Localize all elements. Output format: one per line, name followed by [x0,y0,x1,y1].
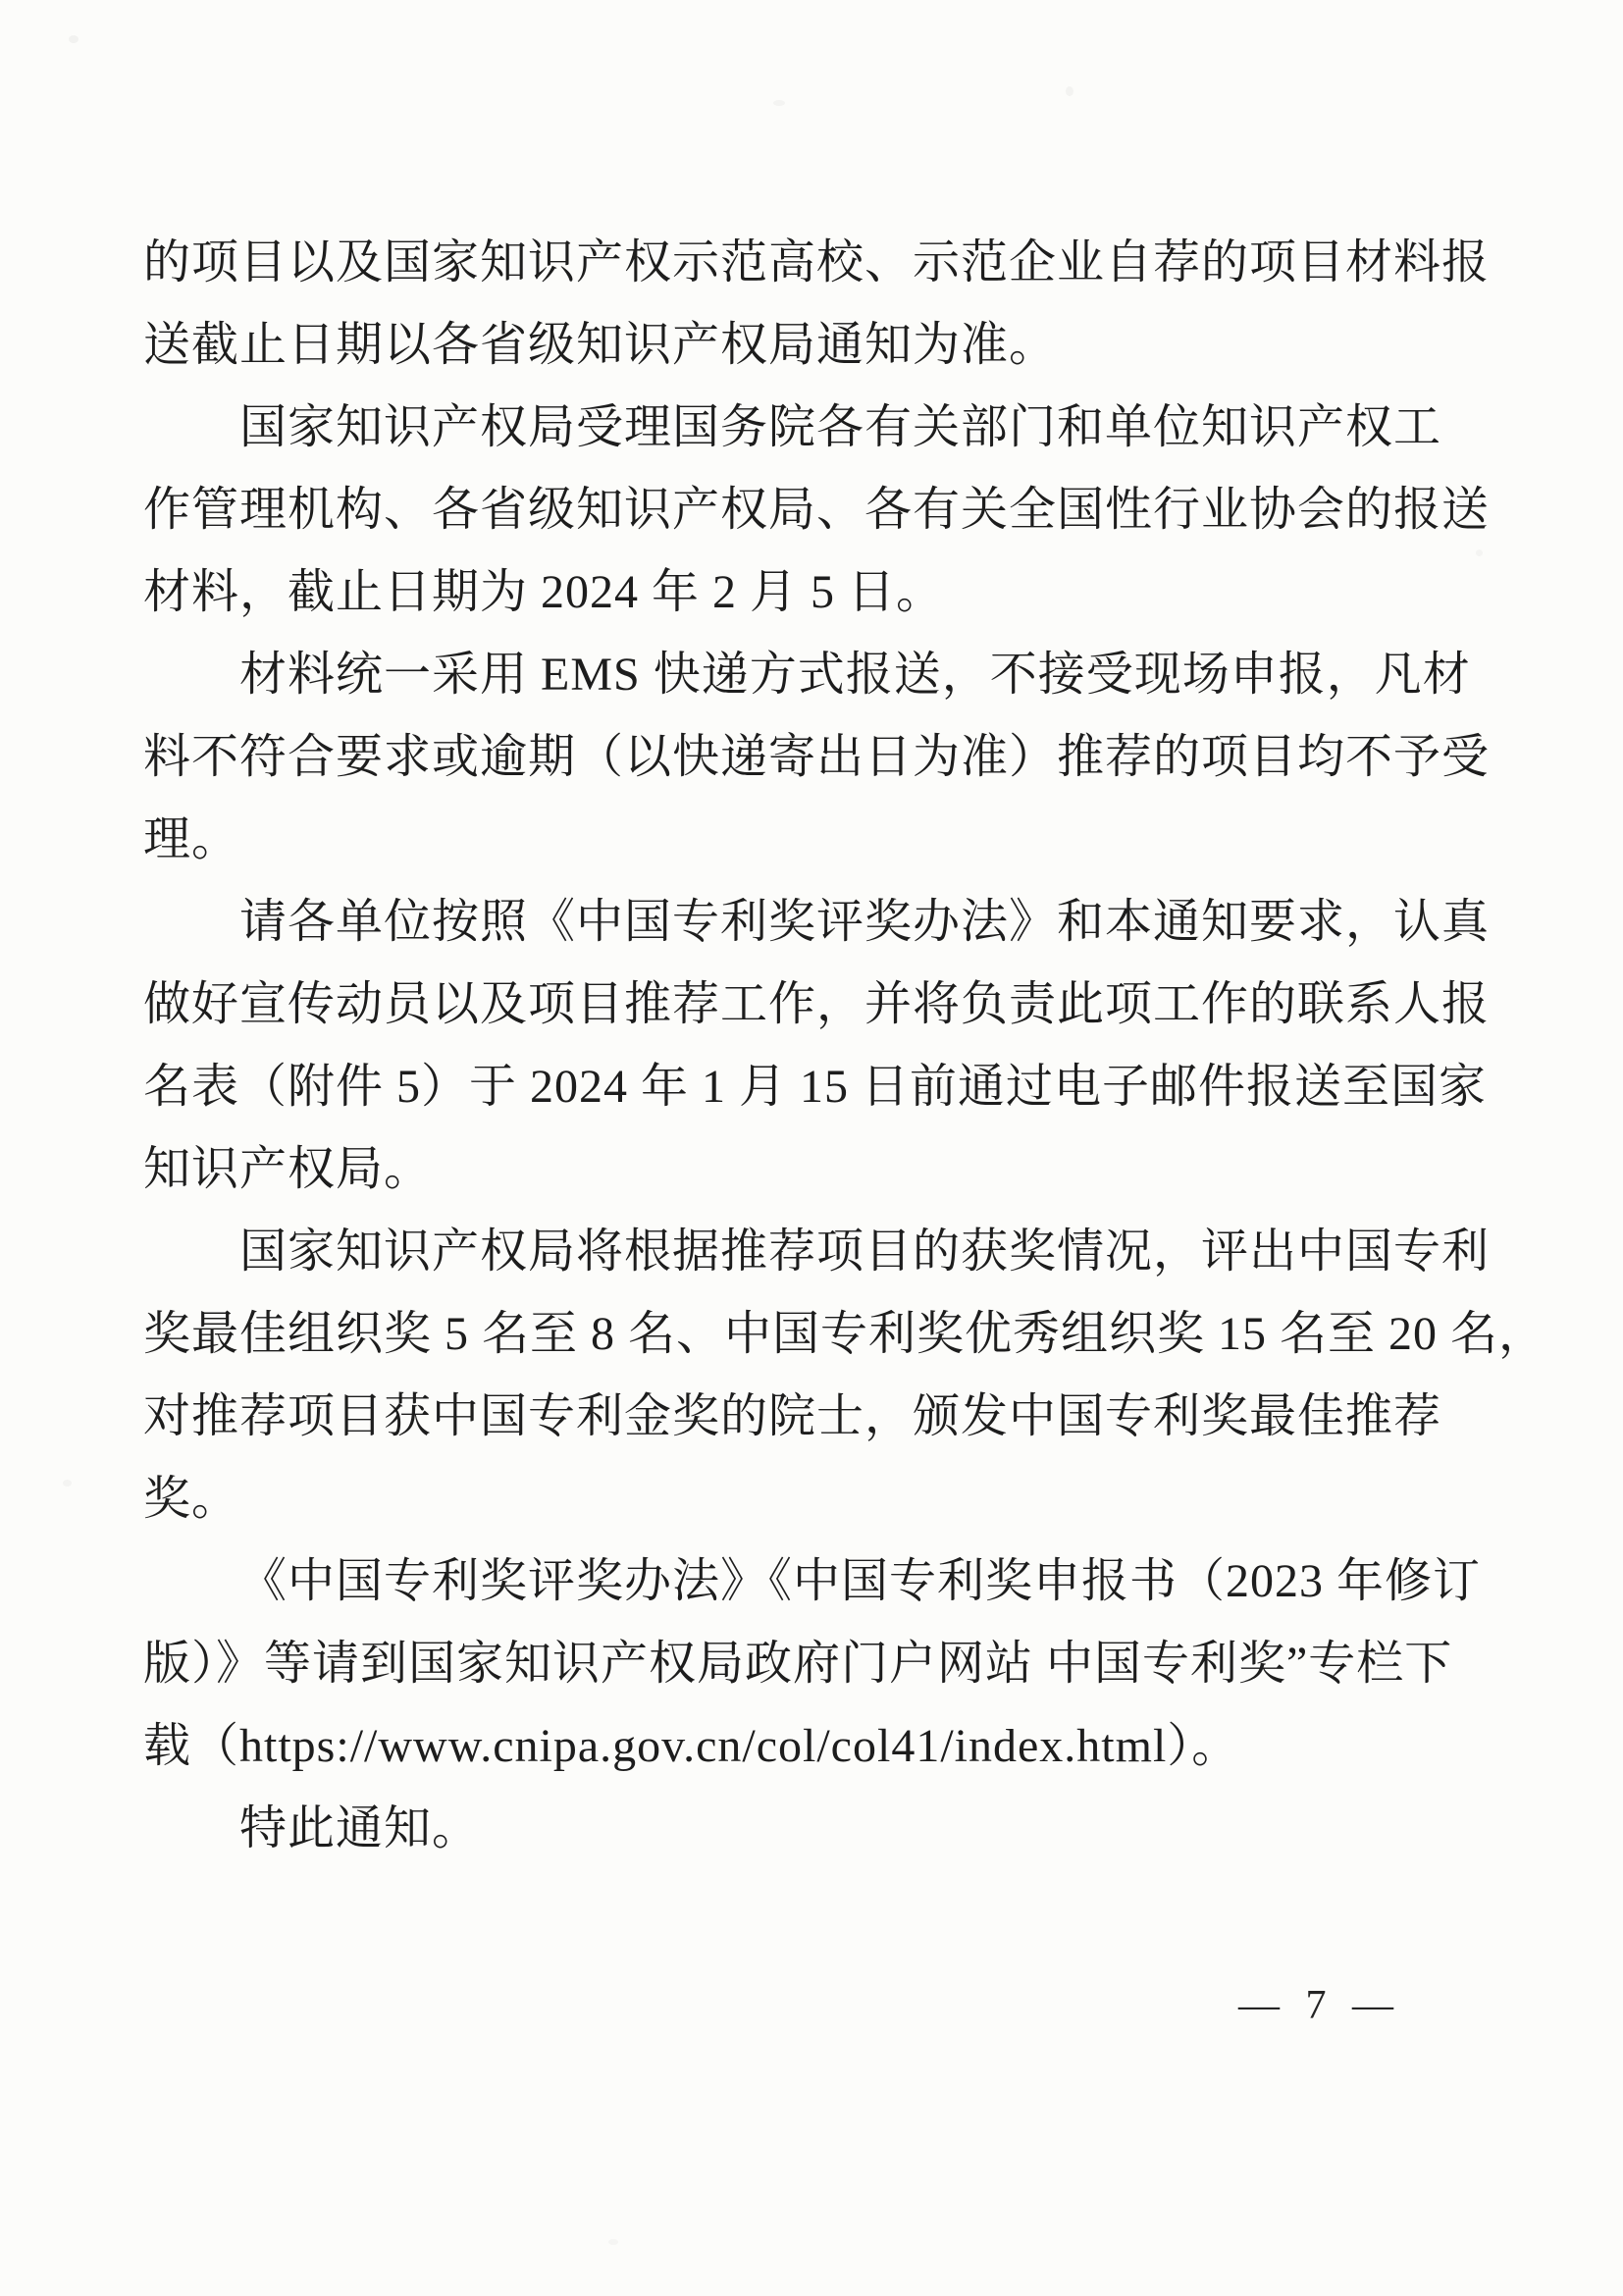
scan-speckle [773,100,785,106]
text-line: 奖最佳组织奖 5 名至 8 名、中国专利奖优秀组织奖 15 名至 20 名， [143,1293,1444,1376]
text-line: 国家知识产权局将根据推荐项目的获奖情况，评出中国专利 [143,1211,1444,1293]
text-line: 特此通知。 [143,1788,1444,1870]
scan-speckle [1476,549,1483,556]
text-line: 版）》等请到国家知识产权局政府门户网站 中国专利奖”专栏下 [143,1623,1444,1705]
scan-speckle [69,35,79,43]
text-line: 材料统一采用 EMS 快递方式报送，不接受现场申报，凡材 [143,634,1444,716]
text-line: 理。 [143,799,1444,881]
text-line: 知识产权局。 [143,1128,1444,1211]
text-line: 对推荐项目获中国专利金奖的院士，颁发中国专利奖最佳推荐 [143,1376,1444,1458]
text-line: 奖。 [143,1458,1444,1540]
text-line: 名表（附件 5）于 2024 年 1 月 15 日前通过电子邮件报送至国家 [143,1046,1444,1128]
text-line: 做好宣传动员以及项目推荐工作，并将负责此项工作的联系人报 [143,964,1444,1046]
text-line: 载（https://www.cnipa.gov.cn/col/col41/ind… [143,1705,1444,1788]
text-line: 材料，截止日期为 2024 年 2 月 5 日。 [143,551,1444,634]
text-line: 料不符合要求或逾期（以快递寄出日为准）推荐的项目均不予受 [143,716,1444,799]
page-number: — 7 — [1238,1982,1401,2029]
text-line: 送截止日期以各省级知识产权局通知为准。 [143,304,1444,387]
text-line: 《中国专利奖评奖办法》《中国专利奖申报书（2023 年修订 [143,1540,1444,1623]
text-line: 请各单位按照《中国专利奖评奖办法》和本通知要求，认真 [143,881,1444,964]
scan-speckle [1066,86,1073,96]
text-line: 作管理机构、各省级知识产权局、各有关全国性行业协会的报送 [143,469,1444,551]
scan-speckle [608,2239,618,2245]
text-line: 国家知识产权局受理国务院各有关部门和单位知识产权工 [143,387,1444,469]
scanned-document-page: 的项目以及国家知识产权示范高校、示范企业自荐的项目材料报送截止日期以各省级知识产… [0,0,1623,2296]
text-line: 的项目以及国家知识产权示范高校、示范企业自荐的项目材料报 [143,222,1444,304]
scan-speckle [63,1480,72,1487]
document-body: 的项目以及国家知识产权示范高校、示范企业自荐的项目材料报送截止日期以各省级知识产… [143,222,1444,1870]
